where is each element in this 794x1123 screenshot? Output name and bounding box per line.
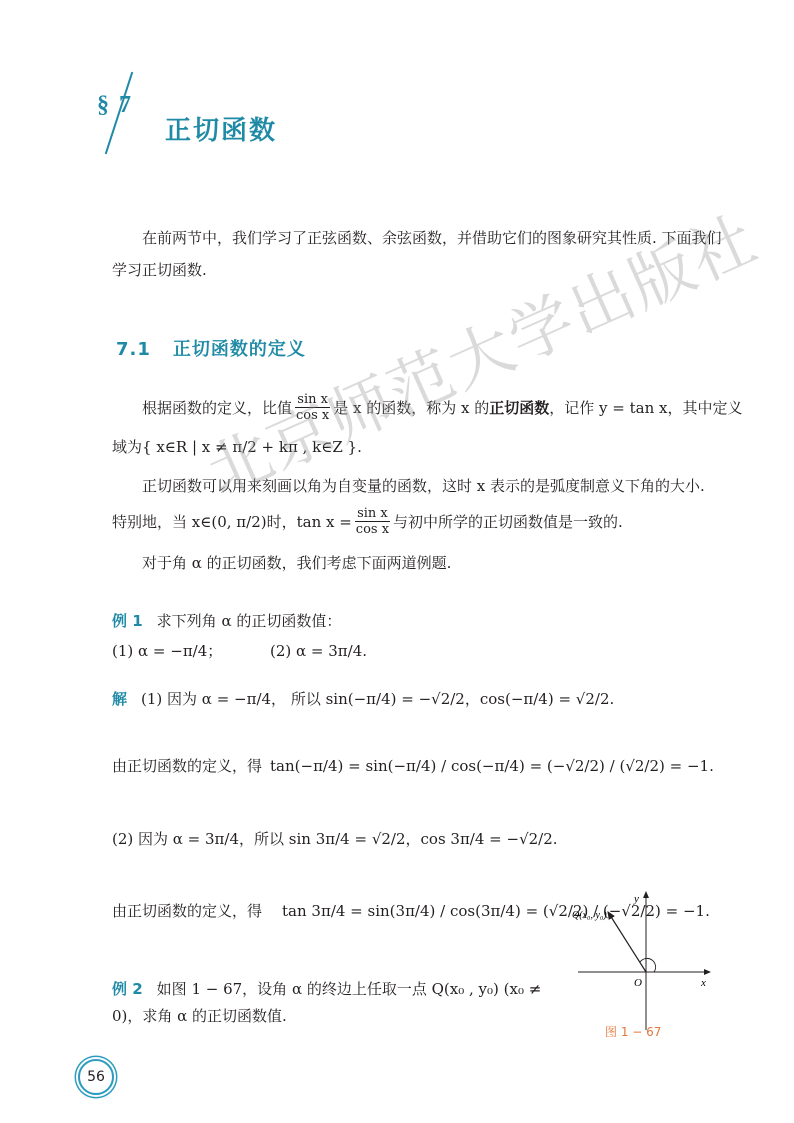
- para2-text-a: 特别地，当 x∈: [112, 511, 211, 532]
- fraction-numerator: sin x: [295, 392, 330, 408]
- para2-text-b: 时，tan x =: [267, 511, 352, 532]
- solution-step4-prefix: 由正切函数的定义，得: [112, 900, 262, 921]
- subsection-heading: 7.1正切函数的定义: [116, 335, 306, 361]
- solution-step1-text: (1) 因为 α = −π/4， 所以 sin(−π/4) = −√2/2，co…: [141, 688, 614, 709]
- definition-line-2: 域为 { x∈R | x ≠ π/2 + kπ , k∈Z }.: [112, 436, 362, 457]
- example1-heading: 例 1 求下列角 α 的正切函数值：: [112, 610, 341, 631]
- para2-line-2: 特别地，当 x∈ (0, π/2) 时，tan x = sin x cos x …: [112, 506, 623, 537]
- subsection-number: 7.1: [116, 339, 151, 360]
- definition-domain-label: 域为: [112, 436, 142, 457]
- solution-step2-formula: tan(−π/4) = sin(−π/4) / cos(−π/4) = (−√2…: [270, 757, 714, 775]
- section-number: § 7: [97, 92, 133, 119]
- example2-text-1: 如图 1 − 67，设角 α 的终边上任取一点 Q(x₀ , y₀) (x₀ ≠: [157, 978, 542, 999]
- definition-line-1: 根据函数的定义，比值 sin x cos x 是 x 的函数，称为 x 的 正切…: [142, 392, 743, 423]
- solution-step1: 解 (1) 因为 α = −π/4， 所以 sin(−π/4) = −√2/2，…: [112, 688, 614, 709]
- definition-text-b: 是 x 的函数，称为 x 的: [333, 397, 489, 418]
- interval: (0, π/2): [211, 513, 266, 531]
- para2-line-1: 正切函数可以用来刻画以角为自变量的函数，这时 x 表示的是弧度制意义下角的大小.: [142, 475, 705, 496]
- section-title: 正切函数: [165, 110, 277, 147]
- terminal-side: [608, 912, 646, 972]
- point-q-label: Q(x₀, y₀): [572, 910, 607, 921]
- example2-line2: 0)，求角 α 的正切函数值.: [112, 1005, 287, 1026]
- subsection-title: 正切函数的定义: [173, 339, 306, 360]
- example1-parts: (1) α = −π/4； (2) α = 3π/4.: [112, 640, 367, 661]
- origin-label: O: [634, 977, 642, 989]
- sin-over-cos-fraction-2: sin x cos x: [354, 506, 391, 537]
- domain-set: { x∈R | x ≠ π/2 + kπ , k∈Z }.: [142, 438, 362, 456]
- tangent-function-term: 正切函数: [489, 397, 549, 418]
- fraction-denominator: cos x: [354, 522, 391, 537]
- solution-label: 解: [112, 688, 127, 709]
- para2-text-c: 与初中所学的正切函数值是一致的.: [393, 511, 623, 532]
- example1-prompt: 求下列角 α 的正切函数值：: [157, 610, 342, 631]
- solution-step3: (2) 因为 α = 3π/4，所以 sin 3π/4 = √2/2，cos 3…: [112, 828, 558, 849]
- page-number: 56: [78, 1059, 114, 1095]
- figure-caption: 图 1 − 67: [605, 1023, 661, 1040]
- example1-part2: (2) α = 3π/4.: [270, 642, 367, 660]
- sin-over-cos-fraction: sin x cos x: [294, 392, 331, 423]
- definition-text-c: ，记作 y = tan x，其中定义: [549, 397, 742, 418]
- fraction-numerator: sin x: [355, 506, 390, 522]
- intro-paragraph: 在前两节中，我们学习了正弦函数、余弦函数，并借助它们的图象研究其性质. 下面我们…: [112, 222, 724, 286]
- solution-step2-prefix: 由正切函数的定义，得: [112, 755, 262, 776]
- para3: 对于角 α 的正切函数，我们考虑下面两道例题.: [142, 552, 451, 573]
- example2-line1: 例 2 如图 1 − 67，设角 α 的终边上任取一点 Q(x₀ , y₀) (…: [112, 978, 541, 999]
- fraction-denominator: cos x: [294, 408, 331, 423]
- y-axis-label: y: [633, 893, 639, 905]
- solution-step2: 由正切函数的定义，得 tan(−π/4) = sin(−π/4) / cos(−…: [112, 755, 714, 776]
- example2-label: 例 2: [112, 978, 143, 999]
- definition-text-a: 根据函数的定义，比值: [142, 397, 292, 418]
- example1-part1: (1) α = −π/4；: [112, 640, 270, 661]
- x-axis-label: x: [700, 977, 706, 989]
- example1-label: 例 1: [112, 610, 143, 631]
